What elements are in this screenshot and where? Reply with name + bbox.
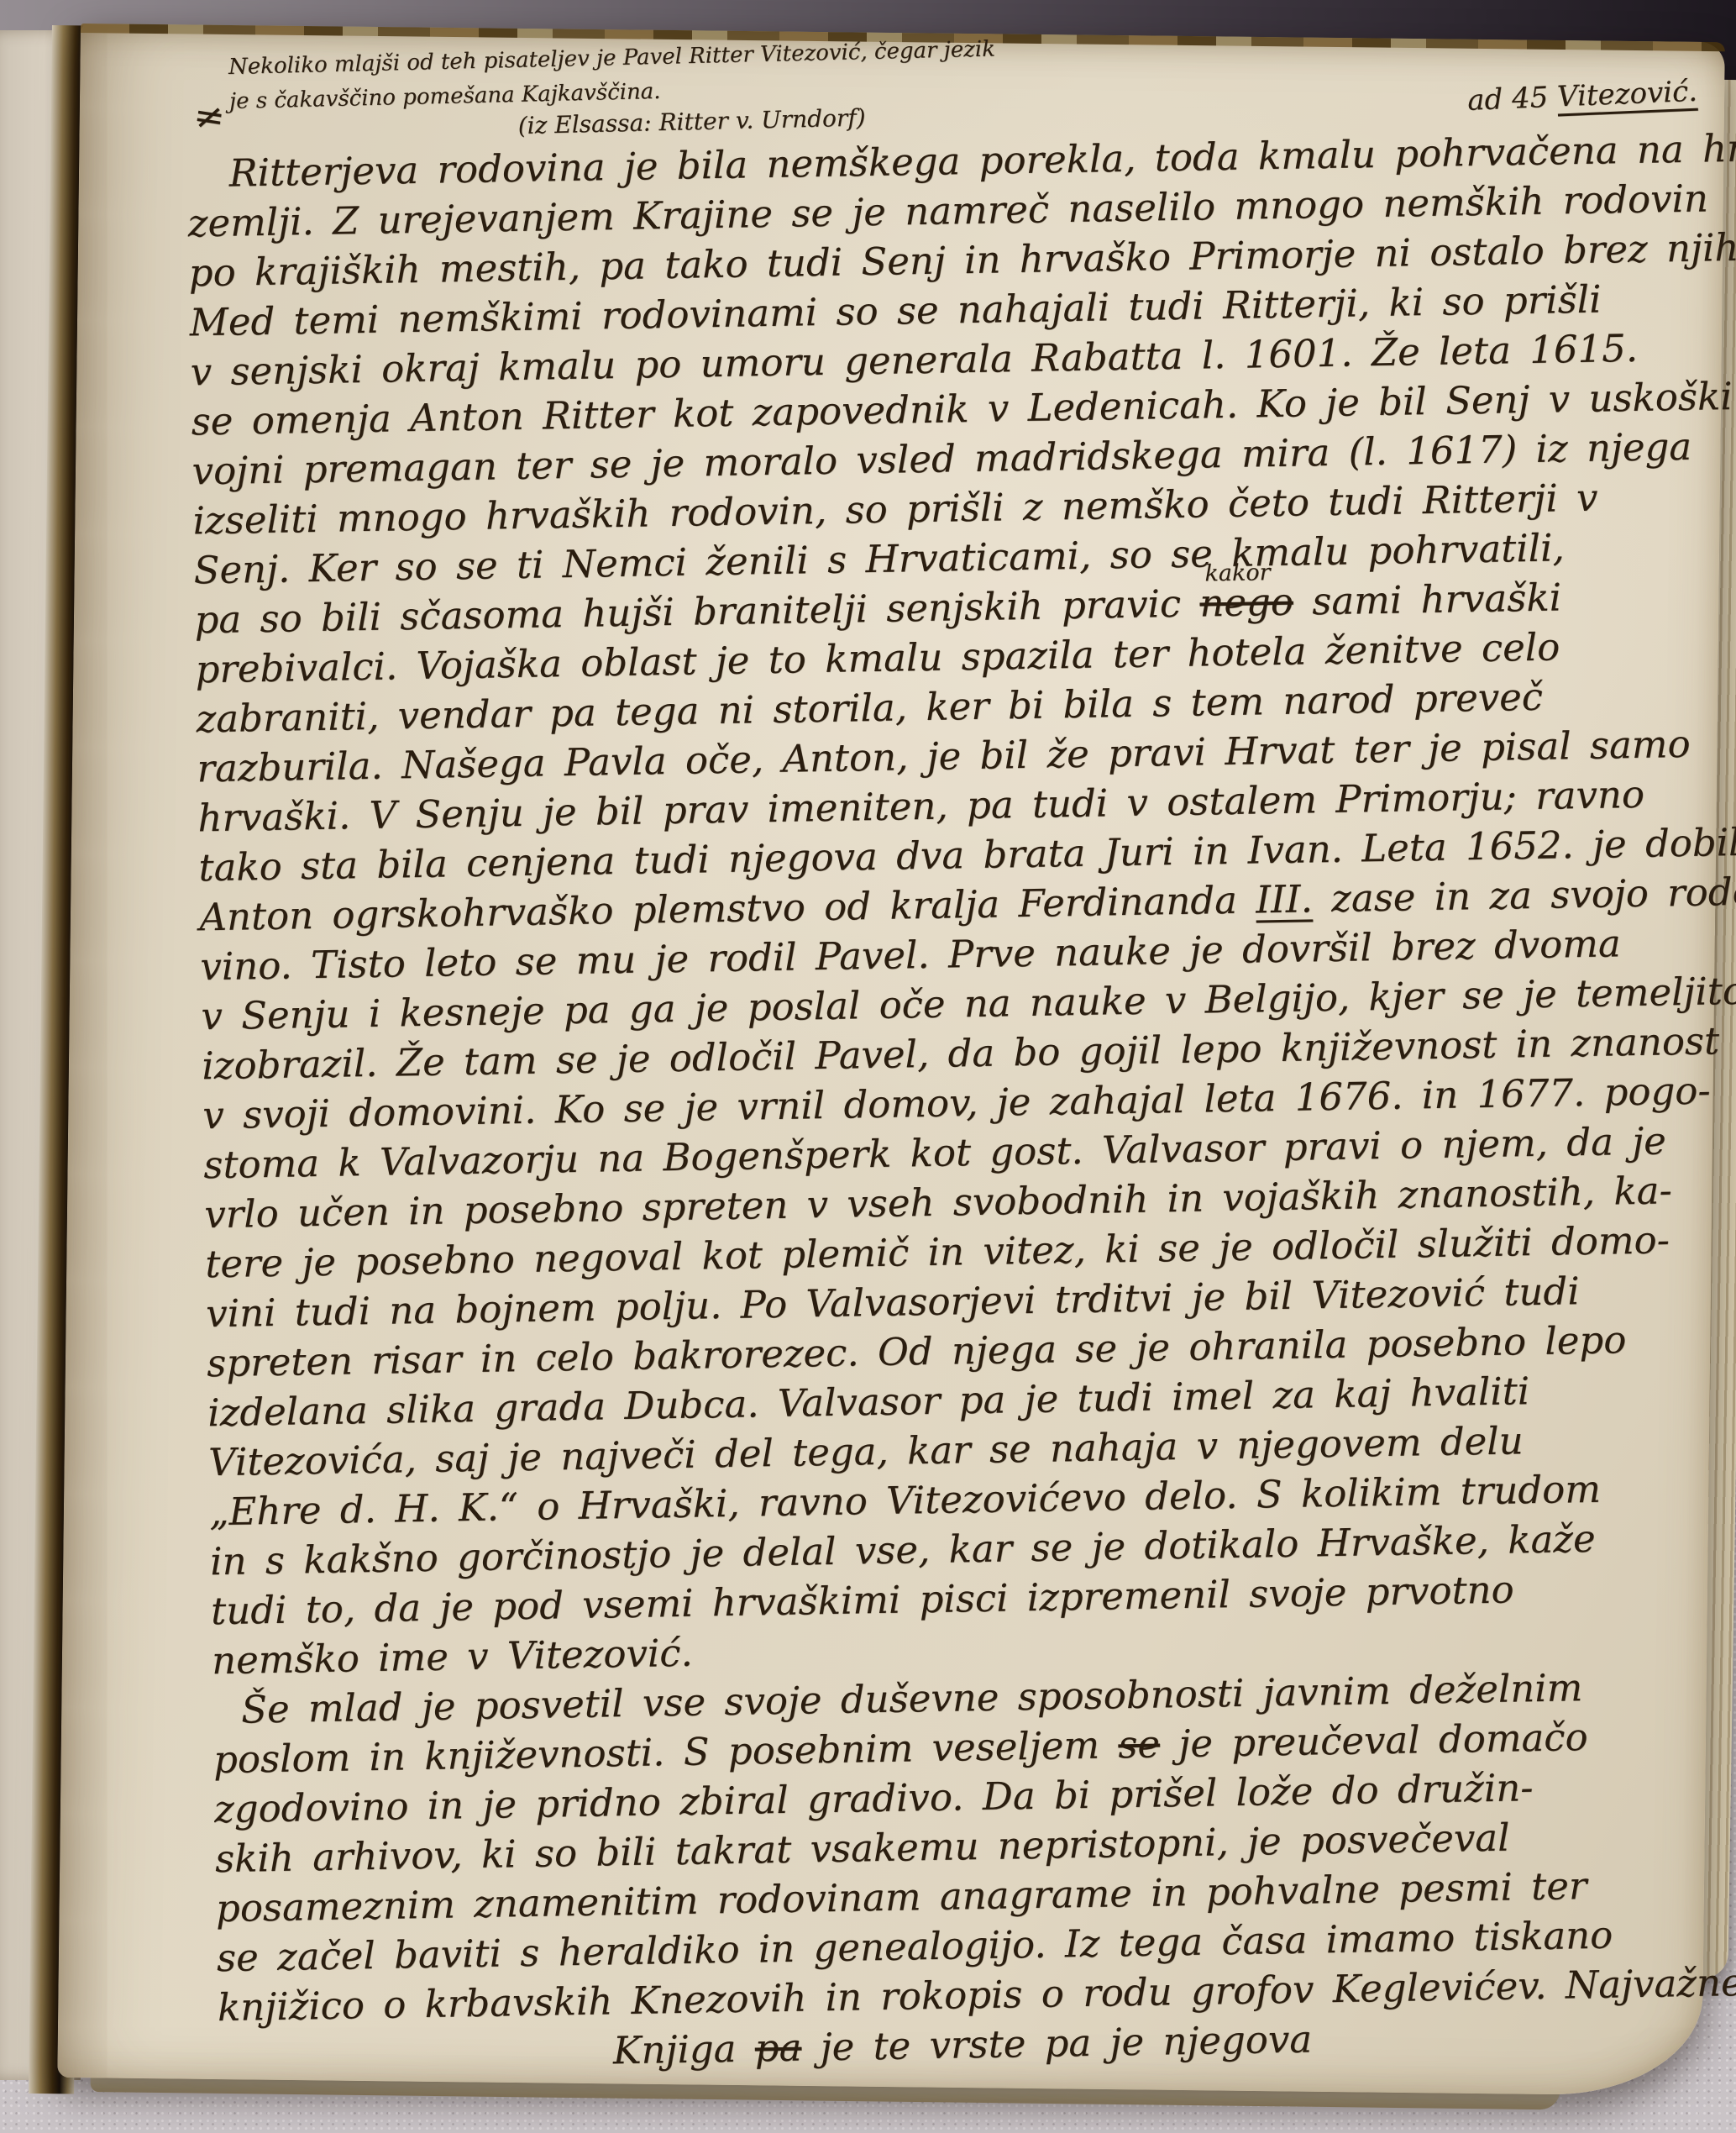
text-segment: je te vrste pa je njegova	[801, 2017, 1313, 2070]
body-text: Ritterjeva rodovina je bila nemškega por…	[186, 123, 1736, 2082]
margin-note: ad 45 Vitezović.	[1466, 75, 1697, 118]
header-annotation: Nekoliko mlajši od teh pisateljev je Pav…	[228, 29, 1154, 119]
text-segment: sami hrvaški	[1293, 575, 1561, 623]
photo-scene: Nekoliko mlajši od teh pisateljev je Pav…	[0, 0, 1736, 2133]
struck-word: pa	[754, 2025, 802, 2071]
text-segment: Knjiga	[612, 2026, 755, 2073]
text-segment: je preučeval domačo	[1160, 1715, 1588, 1766]
insertion-mark: ≠	[191, 93, 228, 140]
text-segment: nemško ime v Vitezović.	[212, 1631, 694, 1683]
margin-note-name: Vitezović.	[1556, 75, 1697, 114]
correction-above: kakor	[1204, 561, 1270, 585]
manuscript-page: Nekoliko mlajši od teh pisateljev je Pav…	[57, 24, 1725, 2096]
struck-word: negokakor	[1199, 577, 1293, 628]
margin-note-prefix: ad 45	[1466, 81, 1557, 118]
struck-word: se	[1118, 1721, 1161, 1767]
text-segment: zase in za svojo rodo-	[1312, 869, 1736, 921]
underlined-word: III.	[1256, 876, 1314, 922]
